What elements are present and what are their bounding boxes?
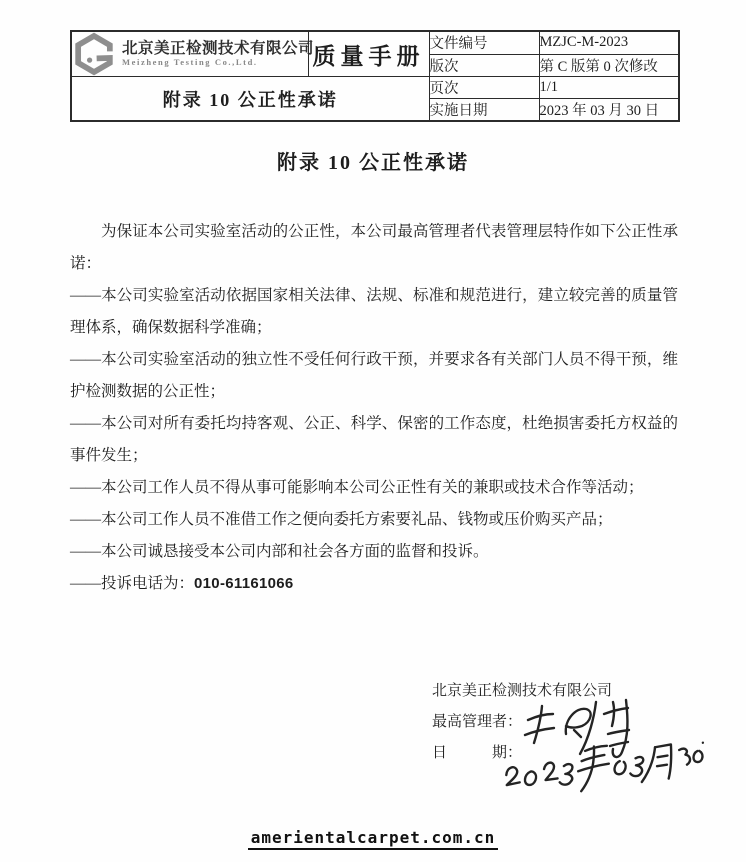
paragraph-commitment-5: ——本公司工作人员不准借工作之便向委托方索要礼品、钱物或压价购买产品； bbox=[70, 504, 678, 536]
meta-value-date: 2023 年 03 月 30 日 bbox=[539, 99, 679, 122]
footer: amerientalcarpet.com.cn bbox=[0, 828, 746, 850]
paragraph-commitment-2: ——本公司实验室活动的独立性不受任何行政干预，并要求各有关部门人员不得干预，维护… bbox=[70, 344, 678, 408]
meta-label-doc-number: 文件编号 bbox=[429, 31, 539, 54]
paragraph-commitment-1: ——本公司实验室活动依据国家相关法律、法规、标准和规范进行，建立较完善的质量管理… bbox=[70, 280, 678, 344]
phone-number: 010-61161066 bbox=[194, 575, 294, 592]
paragraph-commitment-3: ——本公司对所有委托均持客观、公正、科学、保密的工作态度，杜绝损害委托方权益的事… bbox=[70, 408, 678, 472]
handwritten-date-icon bbox=[498, 738, 708, 796]
meta-label-page: 页次 bbox=[429, 77, 539, 99]
company-name: 北京美正检测技术有限公司 bbox=[122, 40, 314, 58]
document-body: 为保证本公司实验室活动的公正性，本公司最高管理者代表管理层特作如下公正性承诺： … bbox=[70, 216, 678, 600]
page-title: 附录 10 公正性承诺 bbox=[0, 146, 746, 175]
paragraph-phone: ——投诉电话为：010-61161066 bbox=[70, 568, 678, 600]
company-logo-icon bbox=[72, 32, 116, 76]
meta-label-date: 实施日期 bbox=[429, 99, 539, 122]
meta-label-version: 版次 bbox=[429, 54, 539, 77]
company-cell: 北京美正检测技术有限公司 Meizheng Testing Co.,Ltd. bbox=[71, 31, 308, 77]
meta-value-doc-number: MZJC-M-2023 bbox=[539, 31, 679, 54]
document-page: 北京美正检测技术有限公司 Meizheng Testing Co.,Ltd. 质… bbox=[0, 0, 746, 862]
company-name-en: Meizheng Testing Co.,Ltd. bbox=[122, 58, 314, 68]
meta-value-version: 第 C 版第 0 次修改 bbox=[539, 54, 679, 77]
phone-label: ——投诉电话为： bbox=[70, 575, 194, 592]
manual-title: 质量手册 bbox=[308, 31, 429, 77]
footer-watermark: amerientalcarpet.com.cn bbox=[248, 828, 499, 850]
paragraph-commitment-4: ——本公司工作人员不得从事可能影响本公司公正性有关的兼职或技术合作等活动； bbox=[70, 472, 678, 504]
meta-value-page: 1/1 bbox=[539, 77, 679, 99]
appendix-header: 附录 10 公正性承诺 bbox=[71, 77, 429, 122]
paragraph-commitment-6: ——本公司诚恳接受本公司内部和社会各方面的监督和投诉。 bbox=[70, 536, 678, 568]
paragraph-intro: 为保证本公司实验室活动的公正性，本公司最高管理者代表管理层特作如下公正性承诺： bbox=[70, 216, 678, 280]
document-header-table: 北京美正检测技术有限公司 Meizheng Testing Co.,Ltd. 质… bbox=[70, 30, 680, 122]
